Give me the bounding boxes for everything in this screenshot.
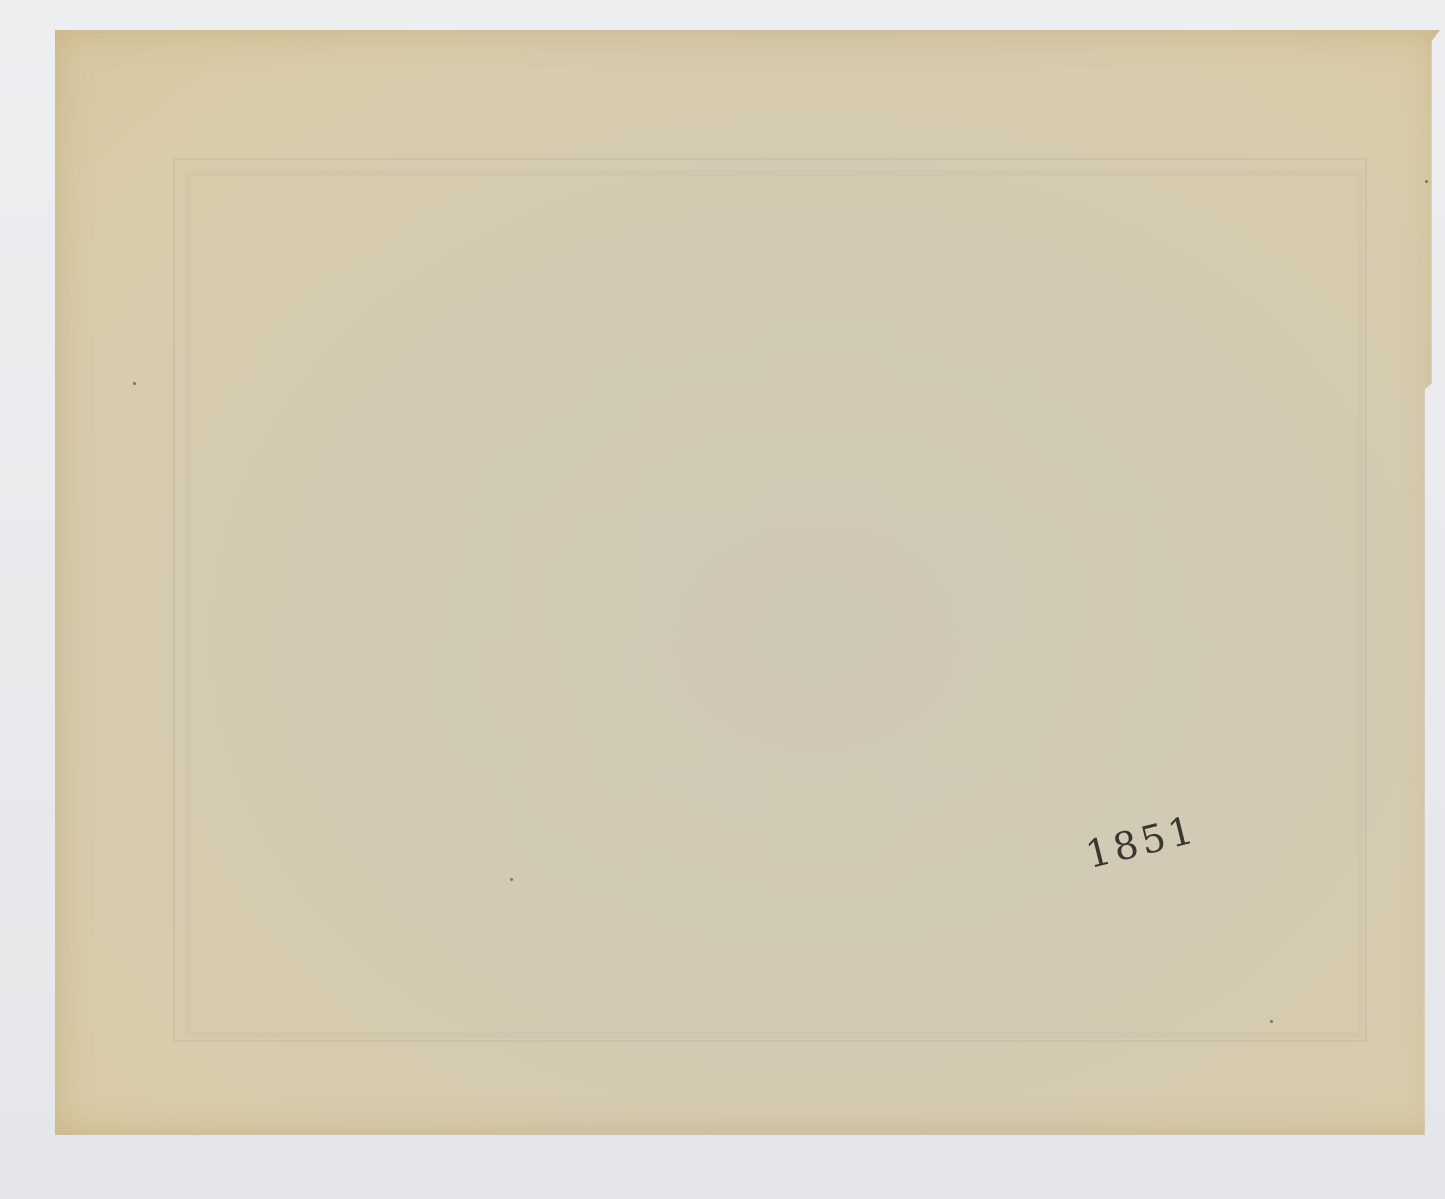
paper-speck: [1425, 180, 1428, 183]
plate-mark-inner: [185, 170, 1363, 1038]
paper-speck: [133, 382, 136, 385]
paper-sheet: 1851: [55, 30, 1440, 1135]
paper-speck: [1270, 1020, 1273, 1023]
paper-speck: [510, 878, 513, 881]
